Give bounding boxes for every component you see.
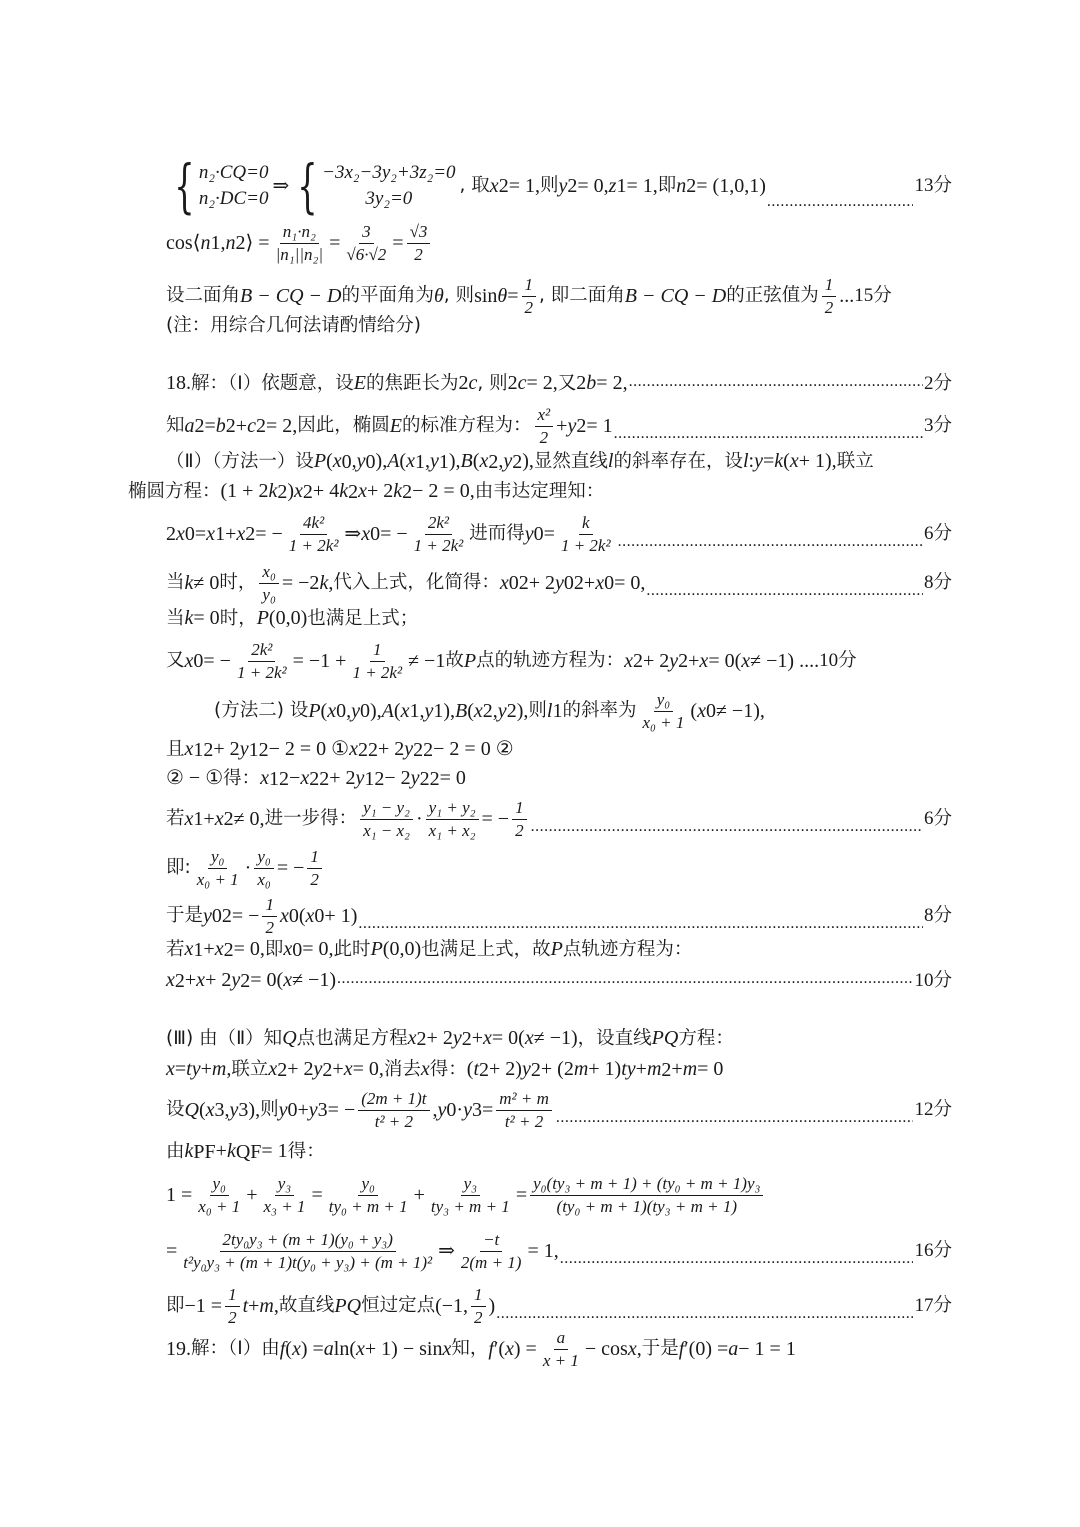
math-variable: x: [185, 650, 194, 673]
math-symbol: = 1,: [626, 175, 657, 198]
score-value: 15: [854, 285, 873, 306]
math-symbol: +: [472, 1027, 483, 1050]
text-line-l15: 设二面角B − CQ − D的平面角为θ, 则 sinθ = 12, 即二面角B…: [166, 275, 952, 317]
left-brace-icon: {: [298, 157, 318, 215]
math-symbol: − 1 = 1: [738, 1338, 796, 1361]
math-variable: B: [461, 450, 473, 473]
text-run: 也满足上式，故: [421, 939, 551, 960]
text-run: ，设直线: [578, 1028, 652, 1049]
math-variable: y: [522, 1058, 531, 1081]
math-symbol: = 0: [440, 767, 466, 790]
math-symbol: 2: [458, 372, 468, 395]
fraction-denominator: √6·√2: [343, 244, 389, 265]
text-run: 点轨迹方程为：: [563, 939, 693, 960]
math-variable: E: [390, 415, 402, 438]
fraction-denominator: 2: [225, 1307, 240, 1328]
score-marker: 3分: [924, 415, 952, 437]
math-symbol: (: [467, 700, 474, 723]
score-marker: 15分: [854, 285, 892, 307]
math-variable: x: [628, 1338, 637, 1361]
math-symbol: =: [205, 415, 216, 438]
text-line-l3a: (Ⅲ) 由（Ⅱ）知 Q 点也满足方程 x2 + 2y2 + x = 0(x ≠ …: [166, 1027, 734, 1050]
text-run: 的斜率为: [562, 700, 636, 721]
math-symbol: +: [671, 1058, 682, 1081]
left-brace-icon: {: [174, 157, 194, 215]
fraction-denominator: 1 + 2k²: [411, 535, 467, 556]
math-symbol: + 2: [287, 1058, 313, 1081]
fraction: 12: [262, 895, 277, 937]
fraction-denominator: x₀ + 1: [195, 1196, 243, 1217]
math-symbol: (0,0): [269, 607, 307, 630]
math-symbol: 2: [508, 372, 518, 395]
fraction: 2ty₀y₃ + (m + 1)(y₀ + y₃)t²y₀y₃ + (m + 1…: [180, 1230, 435, 1272]
text-run: 于是: [166, 905, 203, 926]
text-run: (Ⅲ) 由（Ⅱ）知: [166, 1028, 282, 1049]
text-run: 设: [166, 1099, 185, 1120]
fraction-denominator: 2: [822, 297, 837, 318]
score-unit: 分: [933, 1240, 952, 1261]
fraction: y₃x₃ + 1: [261, 1174, 309, 1216]
text-run: , 即二面角: [539, 285, 625, 306]
text-run: 的斜率存在，设: [613, 451, 743, 472]
math-variable: y: [430, 450, 439, 473]
math-variable: P: [371, 938, 383, 961]
text-run: 时，: [220, 608, 257, 629]
fraction: y₁ + y₂x₁ + x₂: [426, 798, 479, 840]
dot-leader: [618, 533, 923, 555]
score-value: 10: [914, 970, 933, 991]
text-line-lkpf: 由 kPF + kQF = 1 得：: [166, 1140, 325, 1163]
equation-rows: n₂·CQ=0n₂·DC=0: [199, 160, 269, 211]
math-variable: y: [279, 1099, 288, 1122]
math-variable: k: [185, 572, 194, 595]
fraction: 12: [822, 275, 837, 317]
math-variable: x: [294, 480, 303, 503]
math-variable: k: [185, 607, 194, 630]
text-run: 的平面角为: [341, 285, 434, 306]
fraction: 2k²1 + 2k²: [411, 513, 467, 555]
fraction-denominator: 1 + 2k²: [349, 662, 405, 683]
math-variable: k: [393, 480, 402, 503]
text-line-l19: 19.解：（Ⅰ）由 f(x) = aln(x + 1) − sinx 知， f′…: [166, 1328, 796, 1370]
math-symbol: +: [236, 415, 247, 438]
math-variable: A: [382, 700, 394, 723]
text-run: 当: [166, 608, 185, 629]
math-variable: x: [699, 650, 708, 673]
math-symbol: +: [248, 1295, 259, 1318]
text-run: 则: [260, 1099, 279, 1120]
score-marker: 10分: [914, 970, 952, 992]
text-line-l10a: 又 x0 = −2k²1 + 2k² = −1 + 11 + 2k² ≠ −1 …: [166, 640, 952, 682]
text-run: 于是: [642, 1338, 679, 1359]
math-variable: n: [200, 232, 210, 255]
math-variable: x: [401, 700, 410, 723]
math-symbol: = −: [203, 650, 231, 673]
score-value: 16: [914, 1240, 933, 1261]
math-variable: x: [268, 1058, 277, 1081]
math-symbol: ≠ −1),: [716, 700, 765, 723]
score-unit: 分: [933, 1099, 952, 1120]
fraction-numerator: x₀: [259, 562, 278, 584]
score-marker: 17分: [914, 1295, 952, 1317]
math-variable: x: [500, 572, 509, 595]
math-variable: m: [259, 1295, 273, 1318]
math-variable: x: [206, 1099, 215, 1122]
text-line-l6a: 2x0 = x1 + x2 = −4k²1 + 2k² ⇒ x0 = −2k²1…: [166, 513, 952, 555]
text-run: 代入上式，化简得：: [333, 572, 500, 593]
text-run: 即: [265, 939, 284, 960]
math-symbol: ) =: [514, 1338, 537, 1361]
text-line-lm2: (方法二) 设 P(x0,y0), A(x1,y1), B(x2,y2), 则 …: [214, 690, 765, 732]
equation-rows: −3x₂−3y₂+3z₂=03y₂=0: [322, 160, 455, 211]
math-symbol: − 2 = 0,: [412, 480, 475, 503]
dot-leader: [556, 1109, 914, 1131]
fraction-numerator: y₃: [275, 1174, 294, 1196]
score-unit: 分: [873, 285, 892, 306]
math-variable: θ: [497, 285, 507, 308]
math-variable: x: [525, 1027, 534, 1050]
math-symbol: =: [175, 1058, 186, 1081]
fraction-numerator: 4k²: [300, 513, 327, 535]
math-variable: y: [230, 1099, 239, 1122]
fraction-denominator: 2: [522, 297, 537, 318]
math-variable: x: [196, 969, 205, 992]
fraction: y₀x₀ + 1: [194, 847, 242, 889]
text-run: 即: [658, 175, 677, 196]
fraction-numerator: 3: [359, 222, 374, 244]
math-symbol: = 0,: [234, 938, 265, 961]
math-symbol: ⇒: [272, 175, 289, 198]
math-variable: x: [185, 808, 194, 831]
math-variable: x: [790, 450, 799, 473]
math-symbol: = 2,: [527, 372, 558, 395]
math-symbol: + 2): [489, 1058, 522, 1081]
math-symbol: + 2: [213, 738, 239, 761]
fraction: ax + 1: [540, 1328, 582, 1370]
score-value: 13: [914, 175, 933, 196]
math-variable: n: [225, 232, 235, 255]
math-symbol: +: [203, 938, 214, 961]
math-variable: y: [669, 650, 678, 673]
math-variable: x: [442, 1338, 451, 1361]
math-variable: k: [774, 450, 783, 473]
math-symbol: ′(: [494, 1338, 505, 1361]
math-variable: x: [185, 738, 194, 761]
fraction-denominator: 2: [307, 869, 322, 890]
math-symbol: =: [482, 1099, 493, 1122]
fraction: 12: [522, 275, 537, 317]
math-symbol: 1 =: [166, 1184, 192, 1207]
math-variable: Q: [185, 1099, 199, 1122]
math-symbol: ...: [839, 285, 854, 308]
fraction-denominator: x₀: [254, 869, 273, 890]
text-run: 若: [166, 939, 185, 960]
fraction-numerator: y₁ + y₂: [426, 798, 479, 820]
math-variable: y: [357, 450, 366, 473]
math-symbol: =: [329, 232, 340, 255]
math-variable: y: [351, 700, 360, 723]
fraction: 12: [512, 798, 527, 840]
math-symbol: −1 =: [185, 1295, 223, 1318]
math-symbol: ),: [376, 450, 388, 473]
fraction-denominator: 2: [262, 917, 277, 938]
fraction: y₁ − y₂x₁ − x₂: [360, 798, 413, 840]
text-run: 得：: [288, 1141, 325, 1162]
math-symbol: + 1),: [799, 450, 837, 473]
math-variable: x: [595, 572, 604, 595]
fraction-denominator: 2: [537, 427, 552, 448]
fraction-numerator: y₀: [358, 1174, 377, 1196]
text-run: 的正弦值为: [726, 285, 819, 306]
score-marker: 13分: [914, 175, 952, 197]
math-symbol: = −: [277, 857, 305, 880]
math-variable: m: [212, 1058, 226, 1081]
text-run: 联立: [231, 1059, 268, 1080]
math-symbol: (: [299, 905, 306, 928]
text-line-lzero: 若x1 + x2 = 0, 即 x0 = 0, 此时 P(0,0) 也满足上式，…: [166, 938, 692, 961]
score-unit: 分: [933, 572, 952, 593]
math-variable: y: [525, 523, 534, 546]
solution-page: {n₂·CQ=0n₂·DC=0 ⇒ {−3x₂−3y₂+3z₂=03y₂=0, …: [0, 0, 1080, 1527]
math-variable: x: [260, 767, 269, 790]
math-symbol: +: [225, 523, 236, 546]
math-variable: y: [309, 1099, 318, 1122]
math-symbol: + 4: [313, 480, 339, 503]
dot-leader: [337, 970, 913, 992]
math-symbol: ),: [370, 700, 382, 723]
fraction-denominator: 1 + 2k²: [558, 535, 614, 556]
math-variable: x: [349, 738, 358, 761]
text-run: 进一步得：: [265, 808, 358, 829]
math-variable: x: [166, 969, 175, 992]
text-line-l16: = 2ty₀y₃ + (m + 1)(y₀ + y₃)t²y₀y₃ + (m +…: [166, 1230, 952, 1272]
fraction-denominator: 1 + 2k²: [286, 535, 342, 556]
fraction: 4k²1 + 2k²: [286, 513, 342, 555]
math-variable: x: [206, 523, 215, 546]
math-variable: c: [247, 415, 256, 438]
math-variable: PQ: [652, 1027, 679, 1050]
math-variable: x: [490, 175, 499, 198]
math-symbol: =: [166, 1240, 177, 1263]
math-symbol: ),: [248, 1099, 260, 1122]
text-run: (注：用综合几何法请酌情给分): [166, 315, 421, 336]
math-variable: x: [697, 700, 706, 723]
dot-leader: [629, 373, 923, 395]
text-run: 则: [540, 175, 559, 196]
score-unit: 分: [838, 650, 857, 671]
dot-leader: [614, 425, 923, 447]
fraction-denominator: ty₃ + m + 1: [428, 1196, 513, 1217]
math-symbol: − 2 = 0 ①: [269, 738, 350, 761]
math-variable: c: [468, 372, 477, 395]
score-unit: 分: [933, 373, 952, 394]
text-run: 设二面角: [166, 285, 240, 306]
math-variable: P: [464, 650, 476, 673]
equation-system: {n₂·CQ=0n₂·DC=0: [166, 157, 268, 215]
fraction-numerator: 2k²: [425, 513, 452, 535]
math-symbol: = 2,: [596, 372, 627, 395]
text-line-ldiff: ② − ①得： x12 − x22 + 2y12 − 2y22 = 0: [166, 767, 466, 790]
score-unit: 分: [933, 905, 952, 926]
math-symbol: + 2: [427, 1027, 453, 1050]
fraction-numerator: k: [579, 513, 593, 535]
score-marker: 2分: [924, 373, 952, 395]
text-run: 进而得: [469, 523, 525, 544]
math-symbol: (−1,: [435, 1295, 468, 1318]
math-symbol: ) =: [301, 1338, 324, 1361]
score-marker: 8分: [924, 905, 952, 927]
fraction-numerator: 2k²: [248, 640, 275, 662]
math-symbol: = 0,: [353, 1058, 384, 1081]
math-symbol: ≠ 0,: [234, 808, 265, 831]
text-line-lji: 即:y₀x₀ + 1 · y₀x₀ = −12: [166, 847, 325, 889]
math-variable: k: [339, 480, 348, 503]
text-run: 知，: [451, 1338, 488, 1359]
text-run: 得：: [430, 1059, 467, 1080]
math-variable: y: [558, 175, 567, 198]
fraction: y₃ty₃ + m + 1: [428, 1174, 513, 1216]
fraction-denominator: ty₀ + m + 1: [326, 1196, 411, 1217]
math-variable: x: [283, 969, 292, 992]
math-symbol: 2: [166, 523, 176, 546]
text-line-l10b: x2 + x + 2y2 = 0(x ≠ −1)10分: [166, 969, 952, 992]
text-run: 由韦达定理知：: [475, 481, 605, 502]
math-variable: x: [185, 938, 194, 961]
fraction-numerator: (2m + 1)t: [358, 1089, 429, 1111]
score-value: 10: [819, 650, 838, 671]
math-variable: PQ: [334, 1295, 361, 1318]
fraction-denominator: 2: [411, 244, 426, 265]
math-symbol: =: [311, 1184, 322, 1207]
math-variable: y: [424, 700, 433, 723]
math-variable: x: [741, 650, 750, 673]
math-variable: x: [280, 905, 289, 928]
math-symbol: 18.: [166, 372, 191, 395]
dot-leader: [560, 1250, 914, 1272]
math-variable: x: [408, 1027, 417, 1050]
math-variable: y: [203, 905, 212, 928]
math-symbol: =: [544, 523, 555, 546]
dot-leader: [358, 915, 923, 937]
math-variable: x: [505, 1338, 514, 1361]
fraction-numerator: 1: [522, 275, 537, 297]
math-variable: y: [754, 450, 763, 473]
math-symbol: + 2: [205, 969, 231, 992]
math-variable: P: [551, 938, 563, 961]
fraction-numerator: 1: [471, 1285, 486, 1307]
math-variable: x: [358, 480, 367, 503]
math-variable: x: [479, 450, 488, 473]
fraction: 12: [225, 1285, 240, 1327]
math-symbol: + 2: [367, 480, 393, 503]
math-symbol: ≠ 0: [193, 572, 219, 595]
text-run: 得：: [223, 768, 260, 789]
math-symbol: = 1: [586, 415, 612, 438]
math-variable: P: [314, 450, 326, 473]
math-symbol: ·: [245, 857, 252, 880]
math-symbol: (: [783, 450, 790, 473]
text-line-l17: 即 −1 = 12t + m, 故直线 PQ 恒过定点 (−1, 12)17分: [166, 1285, 952, 1327]
text-line-lsum1: 1 = y₀x₀ + 1 + y₃x₃ + 1 = y₀ty₀ + m + 1 …: [166, 1174, 766, 1216]
fraction: 2k²1 + 2k²: [234, 640, 290, 682]
math-symbol: +: [216, 1140, 227, 1163]
math-symbol: −: [289, 767, 300, 790]
text-run: , 取: [460, 175, 490, 196]
math-symbol: ≠ −1) ....: [750, 650, 819, 673]
score-unit: 分: [933, 523, 952, 544]
text-line-l3b: x = ty + m, 联立 x2 + 2y2 + x = 0, 消去 x 得：…: [166, 1058, 723, 1081]
text-run: 又: [558, 373, 577, 394]
math-variable: x: [176, 523, 185, 546]
score-unit: 分: [933, 415, 952, 436]
score-marker: 6分: [924, 523, 952, 545]
text-run: 且: [166, 739, 185, 760]
math-variable: c: [518, 372, 527, 395]
fraction-numerator: 1: [512, 798, 527, 820]
fraction: (2m + 1)tt² + 2: [358, 1089, 429, 1131]
math-symbol: sin: [474, 285, 497, 308]
math-symbol: (: [199, 1099, 206, 1122]
math-variable: x: [361, 523, 370, 546]
fraction-numerator: 1: [225, 1285, 240, 1307]
fraction-numerator: y₁ − y₂: [360, 798, 413, 820]
math-variable: k: [185, 1140, 194, 1163]
text-run: 若: [166, 808, 185, 829]
math-symbol: +: [246, 1184, 257, 1207]
math-variable: θ: [434, 285, 444, 308]
text-run: 即:: [166, 857, 191, 878]
math-variable: x: [283, 938, 292, 961]
math-variable: y: [240, 738, 249, 761]
fraction-denominator: t² + 2: [372, 1111, 416, 1132]
math-symbol: − 2: [384, 767, 410, 790]
score-marker: 8分: [924, 572, 952, 594]
math-symbol: = 0(: [250, 969, 283, 992]
fraction: k1 + 2k²: [558, 513, 614, 555]
math-symbol: = −1 +: [293, 650, 347, 673]
text-run: 故直线: [279, 1295, 335, 1316]
dot-leader: [496, 1305, 913, 1327]
text-run: 显然直线: [534, 451, 608, 472]
fraction-denominator: 2: [471, 1307, 486, 1328]
math-symbol: = 0,: [614, 572, 645, 595]
math-symbol: ),: [443, 700, 455, 723]
fraction: 3√6·√2: [343, 222, 389, 264]
fraction: x₀y₀: [259, 562, 278, 604]
math-variable: ty: [186, 1058, 200, 1081]
fraction-numerator: n₁·n₂: [280, 222, 319, 244]
text-line-lnote: (注：用综合几何法请酌情给分): [166, 315, 421, 336]
fraction: m² + mt² + 2: [496, 1089, 552, 1131]
fraction-denominator: y₀: [259, 584, 278, 605]
text-run: 也满足上式；: [307, 608, 418, 629]
math-variable: A: [387, 450, 399, 473]
math-variable: k: [268, 480, 277, 503]
math-variable: B − CQ − D: [240, 285, 341, 308]
dot-leader: [531, 818, 923, 840]
math-symbol: +: [298, 1099, 309, 1122]
fraction: y₀(ty₃ + m + 1) + (ty₀ + m + 1)y₃(ty₀ + …: [530, 1174, 763, 1216]
equation-row: n₂·DC=0: [199, 186, 269, 212]
fraction-denominator: x₁ − x₂: [360, 820, 413, 841]
text-line-l18a: 18.解：（Ⅰ）依题意，设E的焦距长为 2c, 则 2c = 2, 又 2b =…: [166, 372, 952, 395]
math-variable: y: [463, 1099, 472, 1122]
equation-system: {−3x₂−3y₂+3z₂=03y₂=0: [289, 157, 455, 215]
math-variable: m: [683, 1058, 697, 1081]
math-variable: a: [728, 1338, 738, 1361]
text-run: （Ⅱ）（方法一）设: [166, 451, 314, 472]
math-variable: m: [647, 1058, 661, 1081]
